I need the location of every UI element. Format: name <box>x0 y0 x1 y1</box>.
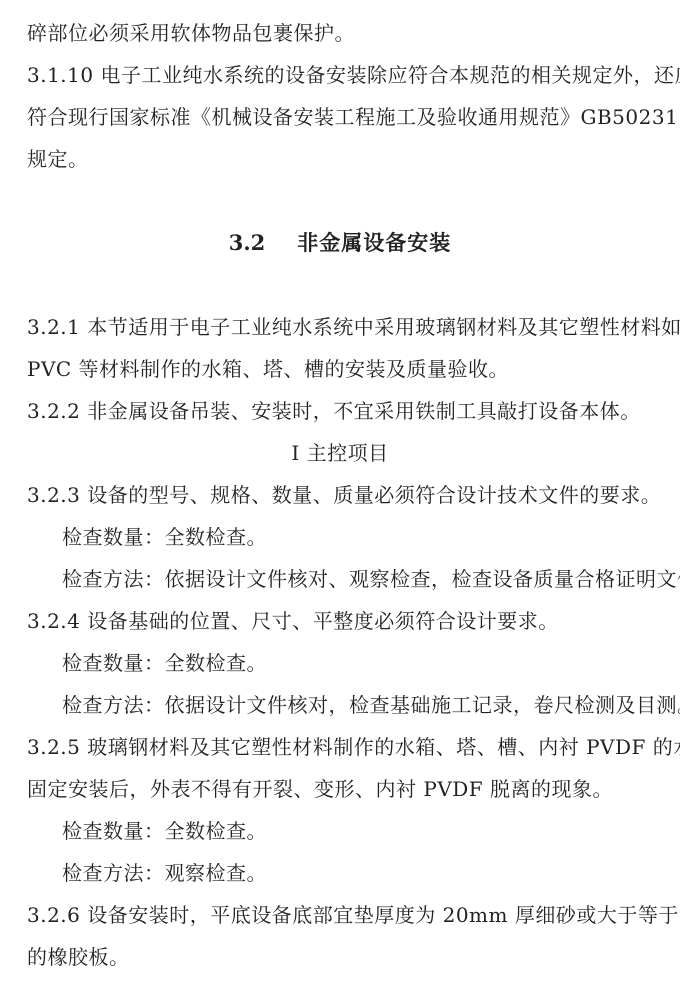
clause-3-2-5-line-1: 3.2.5 玻璃钢材料及其它塑性材料制作的水箱、塔、槽、内衬 PVDF 的水箱在 <box>27 726 653 768</box>
check-method-line: 检查方法：观察检查。 <box>27 852 653 894</box>
check-method-line: 检查方法：依据设计文件核对，检查基础施工记录，卷尺检测及目测。 <box>27 684 653 726</box>
clause-3-2-4-line: 3.2.4 设备基础的位置、尺寸、平整度必须符合设计要求。 <box>27 600 653 642</box>
clause-3-2-3-line: 3.2.3 设备的型号、规格、数量、质量必须符合设计技术文件的要求。 <box>27 474 653 516</box>
subsection-heading: Ⅰ 主控项目 <box>27 432 653 474</box>
paragraph-line: 碎部位必须采用软体物品包裹保护。 <box>27 12 653 54</box>
clause-3-2-6-line-2: 的橡胶板。 <box>27 936 653 978</box>
clause-3-2-6-line-1: 3.2.6 设备安装时，平底设备底部宜垫厚度为 20mm 厚细砂或大于等于 5m… <box>27 894 653 936</box>
clause-3-2-5-line-2: 固定安装后，外表不得有开裂、变形、内衬 PVDF 脱离的现象。 <box>27 768 653 810</box>
check-method-line: 检查方法：依据设计文件核对、观察检查，检查设备质量合格证明文件。 <box>27 558 653 600</box>
clause-3-2-1-line-2: PVC 等材料制作的水箱、塔、槽的安装及质量验收。 <box>27 348 653 390</box>
clause-3-1-10-line-1: 3.1.10 电子工业纯水系统的设备安装除应符合本规范的相关规定外，还应 <box>27 54 653 96</box>
section-number: 3.2 <box>229 230 266 255</box>
document-page: 碎部位必须采用软体物品包裹保护。 3.1.10 电子工业纯水系统的设备安装除应符… <box>0 0 680 990</box>
section-heading: 3.2非金属设备安装 <box>27 222 653 264</box>
clause-3-1-10-line-2: 符合现行国家标准《机械设备安装工程施工及验收通用规范》GB50231 的相关 <box>27 96 653 138</box>
clause-3-1-10-line-3: 规定。 <box>27 138 653 180</box>
clause-3-2-2-line: 3.2.2 非金属设备吊装、安装时，不宜采用铁制工具敲打设备本体。 <box>27 390 653 432</box>
clause-3-2-1-line-1: 3.2.1 本节适用于电子工业纯水系统中采用玻璃钢材料及其它塑性材料如 <box>27 306 653 348</box>
check-quantity-line: 检查数量：全数检查。 <box>27 642 653 684</box>
section-title: 非金属设备安装 <box>297 230 451 255</box>
check-quantity-line: 检查数量：全数检查。 <box>27 516 653 558</box>
check-quantity-line: 检查数量：全数检查。 <box>27 810 653 852</box>
